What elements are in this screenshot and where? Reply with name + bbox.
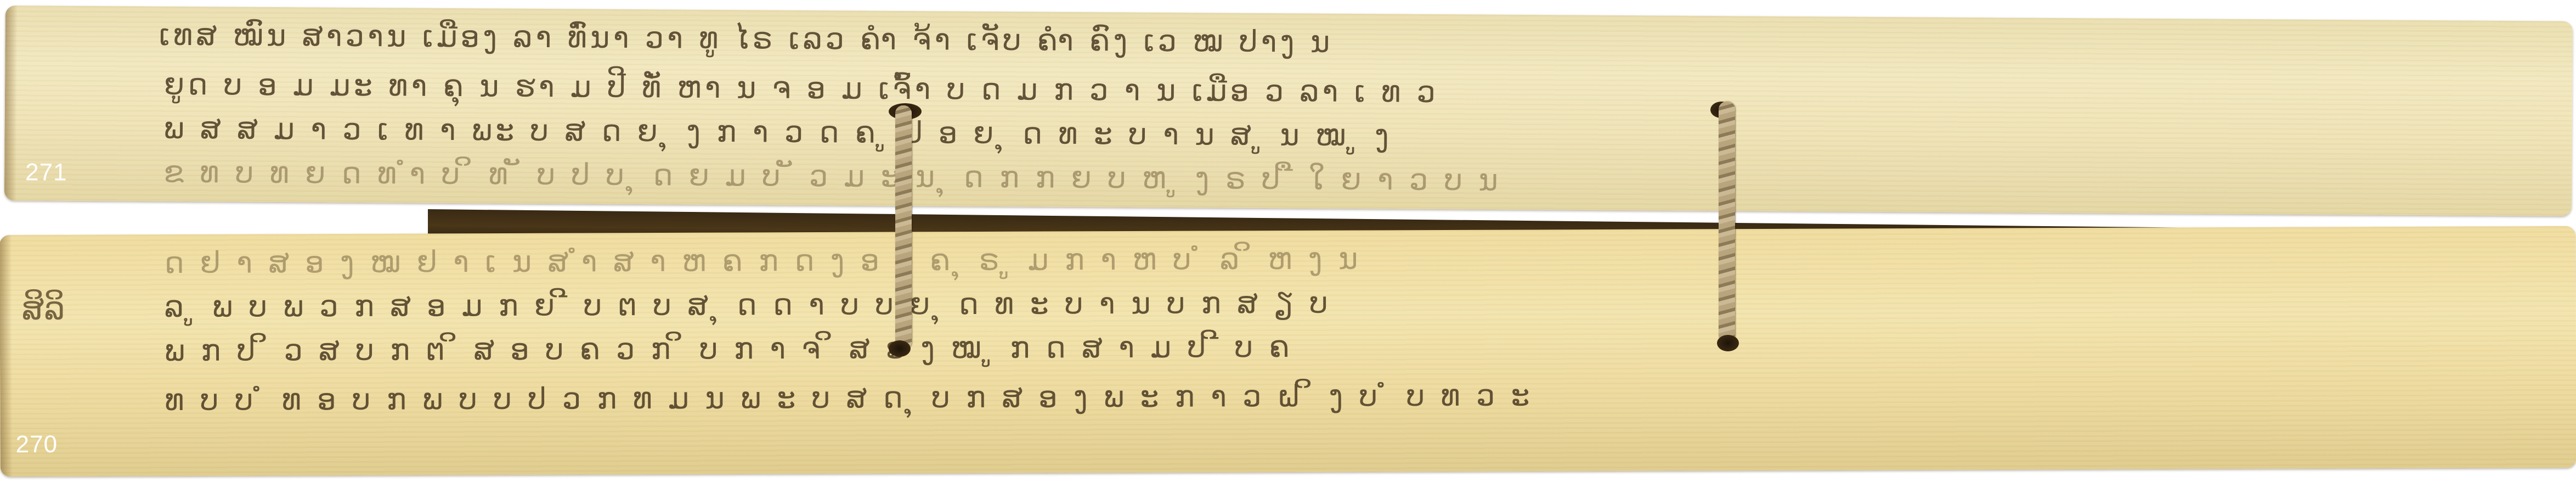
binding-hole — [1717, 335, 1739, 351]
binding-cord — [1719, 102, 1735, 343]
leaf-edge — [0, 235, 13, 477]
binding-hole — [889, 340, 911, 357]
folio-number-label: 270 — [16, 433, 58, 457]
folio-number-label: 271 — [25, 160, 67, 184]
palm-leaf-folio-271: ເທສ ໝົນ ສາວານ ເມືອງ ລາ ທົ່ນາ ວາ ທູ ໄຣ ເລ… — [4, 5, 2573, 216]
binding-cord — [895, 105, 912, 350]
script-line: ພ ກ ປ ິ ວ ສ ບ ກ ຕ ິ ສ ອ ບ ຄ ວ ກ ິ ບ ກ າ … — [165, 329, 1293, 368]
script-line: ເທສ ໝົນ ສາວານ ເມືອງ ລາ ທົ່ນາ ວາ ທູ ໄຣ ເລ… — [159, 18, 1333, 59]
script-line: ທ ບ ບ ໍ ທ ອ ບ ກ ພ ບ ບ ປ ວ ກ ທ ມ ນ ພ ະ ບ … — [165, 378, 1533, 417]
leaf-edge — [4, 5, 18, 200]
script-line: ລ ູ ພ ບ ພ ວ ກ ສ ອ ມ ກ ຍ ີ ບ ຕ ບ ສ ຸ ດ ດ … — [165, 285, 1331, 324]
margin-mark: ສິລິ — [22, 290, 65, 327]
manuscript-photo: ເທສ ໝົນ ສາວານ ເມືອງ ລາ ທົ່ນາ ວາ ທູ ໄຣ ເລ… — [0, 0, 2576, 482]
script-line: ດ ຢ າ ສ ອ ງ ໝ ຢ າ ເ ນ ສ ຳ ສ າ ຫ ຄ ກ ດ ງ … — [164, 242, 1361, 281]
palm-leaf-folio-270: ສິລິ ດ ຢ າ ສ ອ ງ ໝ ຢ າ ເ ນ ສ ຳ ສ າ ຫ ຄ ກ… — [0, 226, 2576, 477]
